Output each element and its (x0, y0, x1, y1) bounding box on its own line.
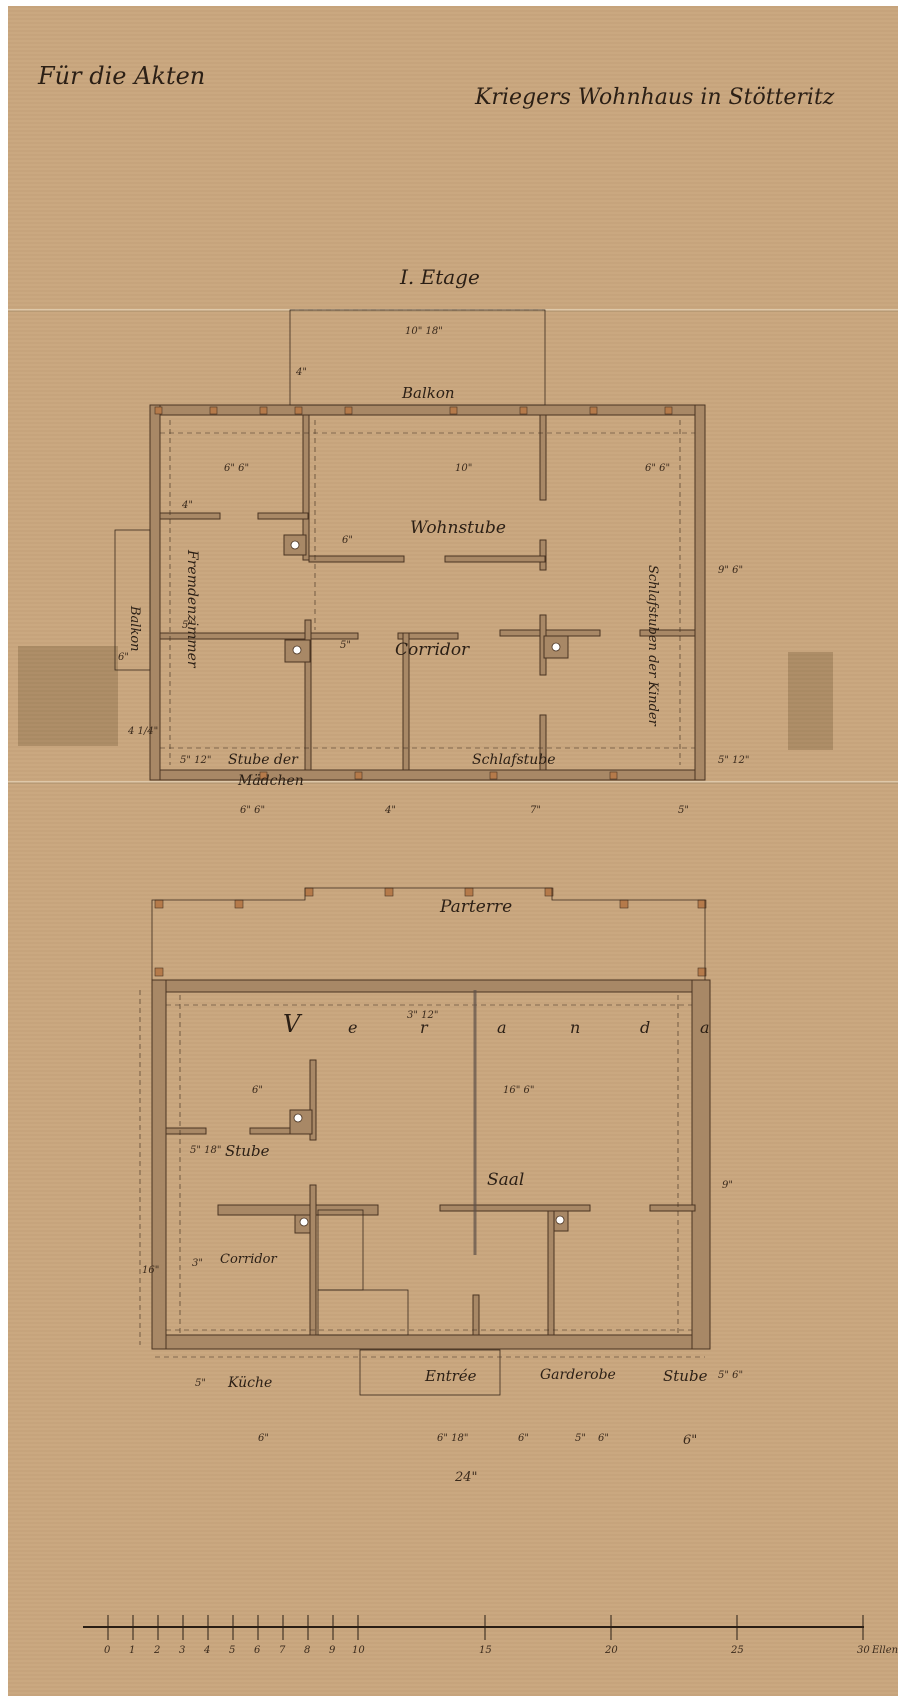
dim-stube-width: 6" (252, 1085, 263, 1096)
dim-entree-width: 6" 18" (437, 1433, 468, 1444)
dim-total-depth: 16" (142, 1265, 159, 1276)
veranda-letter: n (570, 1018, 580, 1037)
upper-floor-title: I. Etage (400, 265, 480, 289)
scale-tick-label: 4 (204, 1645, 210, 1656)
dim-corridor-mid: 5" (340, 640, 351, 651)
dim-saal-width: 16" 6" (503, 1085, 534, 1096)
scale-tick-label: 2 (154, 1645, 160, 1656)
dim-stube-right-depth: 5" 6" (718, 1370, 743, 1381)
veranda-letter: a (497, 1018, 507, 1037)
scale-tick-label: 10 (352, 1645, 365, 1656)
room-balkon-side: Balkon (127, 606, 142, 652)
dim-kueche-width: 6" (258, 1433, 269, 1444)
room-kueche: Küche (228, 1375, 272, 1391)
veranda-letter: a (700, 1018, 710, 1037)
room-fremdenzimmer: Fremdenzimmer (184, 550, 200, 668)
scale-tick-label: 8 (304, 1645, 310, 1656)
dim-fremden-depth: 4" (182, 500, 193, 511)
scale-tick-label: 20 (605, 1645, 618, 1656)
dim-wohnstube-depth: 6" (342, 535, 353, 546)
dim-schlaf-width: 7" (530, 805, 541, 816)
room-entree: Entrée (425, 1367, 477, 1385)
veranda-letter: V (283, 1010, 300, 1038)
scale-tick-label: 15 (479, 1645, 492, 1656)
dim-maedchen-depth: 5" 12" (180, 755, 211, 766)
dim-side-balkon-small: 4 1/4" (128, 726, 158, 737)
archive-note: Für die Akten (38, 62, 205, 90)
scale-tick-label: 7 (279, 1645, 285, 1656)
room-stube-maedchen-line2: Mädchen (238, 773, 304, 789)
scale-tick-label: 9 (329, 1645, 335, 1656)
room-stube-maedchen-line1: Stube der (228, 752, 298, 768)
dim-right-width: 5" (678, 805, 689, 816)
dim-kinder-depth: 9" 6" (718, 565, 743, 576)
ground-floor-title: Parterre (440, 897, 512, 917)
veranda-letter: e (348, 1018, 357, 1037)
scale-tick-label: 5 (229, 1645, 235, 1656)
room-garderobe: Garderobe (540, 1367, 616, 1383)
dim-wall-a: 6" (518, 1433, 529, 1444)
scale-tick-label: 25 (731, 1645, 744, 1656)
room-wohnstube: Wohnstube (410, 518, 506, 538)
document-title: Kriegers Wohnhaus in Stötteritz (475, 85, 834, 110)
dim-kueche-depth: 5" (195, 1378, 206, 1389)
floor-plan-drawing (0, 0, 917, 1700)
dim-corridor-left: 5" (182, 620, 193, 631)
dim-stube-depth: 5" 18" (190, 1145, 221, 1156)
room-corridor-ground: Corridor (220, 1252, 277, 1267)
dim-side-balkon: 6" (118, 652, 129, 663)
scale-tick-label: 0 (104, 1645, 110, 1656)
dim-corridor-depth: 3" (192, 1258, 203, 1269)
dim-balkon-depth: 4" (296, 367, 307, 378)
dim-kinder-width: 6" 6" (645, 463, 670, 474)
dim-fremden-width: 6" 6" (224, 463, 249, 474)
room-schlafstube: Schlafstube (472, 752, 556, 768)
dim-veranda-depth: 3" 12" (407, 1010, 438, 1021)
room-stube-left: Stube (225, 1142, 269, 1160)
dim-saal-depth: 9" (722, 1180, 733, 1191)
dim-total-width: 24" (455, 1470, 478, 1485)
dim-garderobe-width: 5" (575, 1433, 586, 1444)
dim-maedchen-width: 6" 6" (240, 805, 265, 816)
dim-wohnstube-width: 10" (455, 463, 472, 474)
scale-tick-label: 3 (179, 1645, 185, 1656)
scale-tick-label: 1 (129, 1645, 135, 1656)
dim-kinder-lower: 5" 12" (718, 755, 749, 766)
room-stube-right: Stube (663, 1367, 707, 1385)
scale-tick-label: 30 (857, 1645, 870, 1656)
dim-balkon-width: 10" 18" (405, 326, 443, 337)
room-balkon-top: Balkon (402, 384, 455, 402)
veranda-letter: d (640, 1018, 650, 1037)
room-schlafstuben-kinder: Schlafstuben der Kinder (645, 565, 660, 726)
dim-wall-b: 6" (598, 1433, 609, 1444)
room-corridor-upper: Corridor (395, 640, 469, 660)
scale-unit: Ellen (872, 1645, 898, 1656)
dim-stube-right-width: 6" (683, 1433, 697, 1448)
dim-middle-width: 4" (385, 805, 396, 816)
room-saal: Saal (487, 1170, 524, 1190)
scale-tick-label: 6 (254, 1645, 260, 1656)
